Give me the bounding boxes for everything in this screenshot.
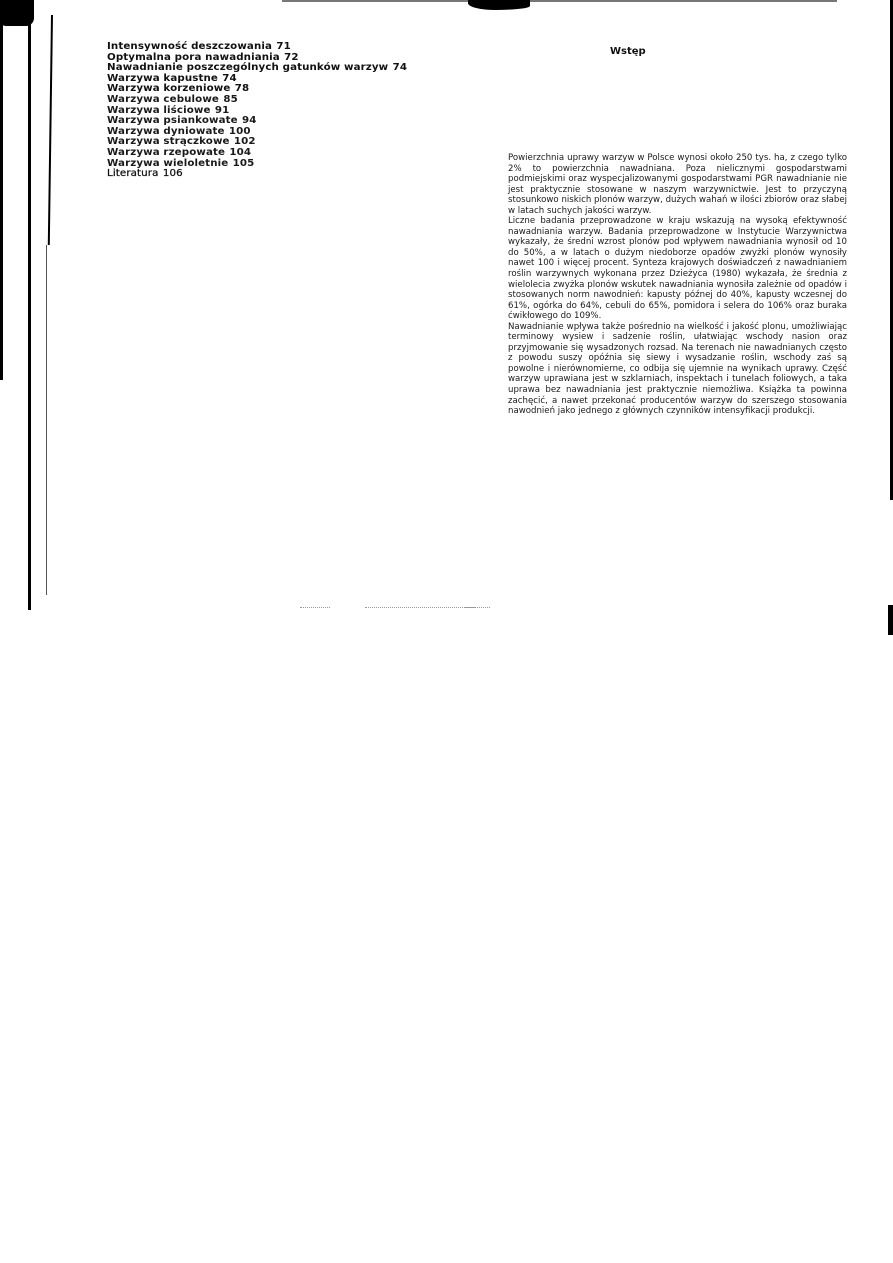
toc-item-page: 104 — [229, 147, 251, 158]
table-of-contents: Intensywność deszczowania71 Optymalna po… — [107, 42, 447, 180]
spine-shadow-line — [0, 0, 3, 380]
toc-item-page: 102 — [234, 136, 256, 147]
toc-item-title: Nawadnianie poszczególnych gatunków warz… — [107, 62, 388, 73]
spine-shadow-line — [28, 10, 31, 610]
spine-shadow-line — [46, 245, 47, 595]
toc-item-page: 106 — [163, 168, 183, 179]
page-top-edge — [282, 0, 837, 2]
toc-item-title: Warzywa cebulowe — [107, 94, 219, 105]
toc-item: Warzywa wieloletnie105 — [107, 159, 474, 170]
toc-item-title: Warzywa liściowe — [107, 105, 211, 116]
toc-item-title: Warzywa rzepowate — [107, 147, 225, 158]
page-bottom-edge — [300, 607, 330, 609]
section-heading: Wstęp — [610, 46, 646, 57]
page-bottom-edge — [365, 607, 475, 609]
paragraph: Liczne badania przeprowadzone w kraju ws… — [508, 216, 847, 321]
paragraph: Nawadnianie wpływa także pośrednio na wi… — [508, 322, 847, 417]
toc-item-title: Intensywność deszczowania — [107, 41, 272, 52]
toc-item-page: 78 — [235, 83, 249, 94]
toc-item-page: 71 — [276, 41, 290, 52]
toc-item-page: 72 — [284, 52, 298, 63]
toc-item-page: 74 — [222, 73, 236, 84]
toc-item-page: 105 — [233, 158, 255, 169]
toc-item-title: Warzywa korzeniowe — [107, 83, 230, 94]
scan-shadow-notch — [468, 0, 530, 10]
toc-item-title: Warzywa wieloletnie — [107, 158, 228, 169]
toc-item-page: 100 — [229, 126, 251, 137]
paragraph: Powierzchnia uprawy warzyw w Polsce wyno… — [508, 153, 847, 216]
toc-item-title: Warzywa psiankowate — [107, 115, 238, 126]
toc-item-title: Warzywa kapustne — [107, 73, 218, 84]
toc-item-title: Warzywa strączkowe — [107, 136, 230, 147]
toc-item-page: 74 — [393, 62, 407, 73]
toc-item-page: 85 — [223, 94, 237, 105]
toc-item-title: Optymalna pora nawadniania — [107, 52, 280, 63]
toc-item-page: 94 — [242, 115, 256, 126]
toc-item: Literatura106 — [107, 169, 474, 180]
toc-item-page: 91 — [215, 105, 229, 116]
page-bottom-edge — [465, 607, 490, 609]
toc-item-title: Warzywa dyniowate — [107, 126, 225, 137]
section-body: Powierzchnia uprawy warzyw w Polsce wyno… — [508, 153, 847, 417]
page-right-mark — [888, 605, 893, 635]
spine-shadow-line — [48, 15, 53, 245]
toc-item-title: Literatura — [107, 168, 159, 179]
